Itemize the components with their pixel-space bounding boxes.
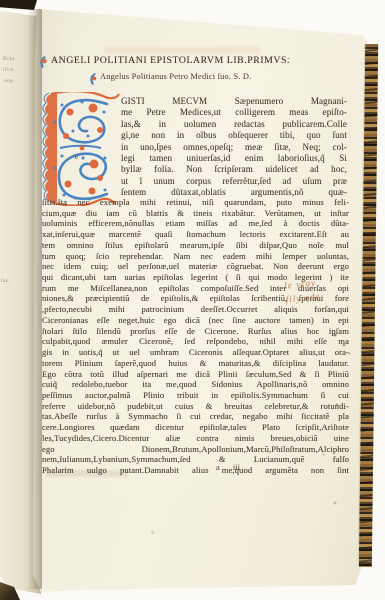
text-line: torem Plinium ſaperẽ,quod huius & maturi… xyxy=(42,358,349,369)
foxing-spot xyxy=(322,453,325,456)
signature-mark: aiii xyxy=(216,462,240,472)
rubricator-guide-letter: e xyxy=(75,153,78,161)
text-line: tem omnino ſtilus epiſtolarũ mearum,ipſe… xyxy=(42,240,349,251)
text-line: ſtolari ſtilo ſilendũ prorſus eſſe de Ci… xyxy=(42,326,349,337)
decorated-initial-E-icon: e xyxy=(37,92,121,206)
text-line: ego Dionem,Brutum,Apollonium,Marcũ,Philo… xyxy=(42,444,349,455)
text-line: tas.Abeſſe rurſus à Symmacho ſi cui cred… xyxy=(42,411,349,422)
leaf-edge-text-fragment: uop xyxy=(4,78,13,84)
text-line: me Petre Medices,ut colligerem meas epiſ… xyxy=(121,107,347,118)
foxing-spot xyxy=(342,343,346,347)
book-photograph: Bchr lfim uop ſan ANGELI POLITIANI EPIST… xyxy=(0,0,385,600)
text-line: referre uidebor,nõ pudebit,ut cuius & br… xyxy=(42,401,349,412)
text-line: xat,inſerui,quæ marcentẽ quaſi ſtomachum… xyxy=(42,229,349,240)
text-line: legi tamen uniuerſas,id enim laborioſius… xyxy=(121,153,347,164)
text-line: gi,ne non in oĩbus obſequerer tibi, quo … xyxy=(121,130,347,141)
text-line: uoluminis efficerem,nõnullas etiam miſſa… xyxy=(42,218,349,229)
text-line: Ego cõtra totũ illud aſpernari me dicã P… xyxy=(42,369,349,380)
foxing-spot xyxy=(333,333,337,337)
text-line: ut ĩ unum corpus referrẽtur,ſed ad uſum … xyxy=(121,176,347,187)
text-line: les,Tucydides,Cicero.Dicentur aliæ contr… xyxy=(42,433,349,444)
signature-number: iii xyxy=(233,462,240,472)
text-line: cium,quæ diu iam cũ blattis & tineis rix… xyxy=(42,208,349,219)
foxing-spot xyxy=(333,501,337,505)
foxing-spot xyxy=(150,530,155,535)
text-line: cuiq̃ redolebo,tuebor ita me,quod Sidoni… xyxy=(42,379,349,390)
text-line: peſſimus auctor,palmã Plinio tribuit in … xyxy=(42,390,349,401)
text-line: las,& in uolumen redactas publicarem.Col… xyxy=(121,119,347,130)
text-line: Ciceronianas eſſe neget,huic ego dicã (n… xyxy=(42,315,349,326)
leaf-edge-text-fragment: Bchr xyxy=(3,56,15,62)
text-line: in uno,ſpes omnes,opeſq; meæ ſitæ, Neq; … xyxy=(121,142,347,153)
text-line: ,pfecto,necubi mihi patrocinium deeſſet.… xyxy=(42,304,349,315)
paragraph-mark-icon xyxy=(89,73,97,85)
text-block-main: ſitis.Ita nec exempla mihi retinui, niſi… xyxy=(42,197,349,476)
text-line: tum quoq; ſcio reprehendar. Nam nec eade… xyxy=(42,251,349,262)
foxing-spot xyxy=(348,352,351,355)
page-heading: ANGELI POLITIANI EPISTOLARVM LIB.PRIMVS. xyxy=(51,55,313,66)
foxing-spot xyxy=(335,403,339,407)
text-line: ſitis.Ita nec exempla mihi retinui, niſi… xyxy=(42,197,349,208)
text-line: GISTI MECVM Sæpenumero Magnani- xyxy=(121,96,347,107)
section-heading: Angelus Politianus Petro Medici ſuo. S. … xyxy=(100,72,296,81)
text-block-opening: GISTI MECVM Sæpenumero Magnani-me Petre … xyxy=(121,96,347,199)
handwritten-marginalia: le vray fily qde xyxy=(284,275,321,306)
text-line: byllæ folia. Non ſcripſeram uidelicet ad… xyxy=(121,164,347,175)
show-through-smudge xyxy=(105,47,260,53)
text-line: gis in uotis,q̃ ut uel umbram Ciceronis … xyxy=(42,347,349,358)
text-line: Phalarim uulgo putant.Damnabit alius me,… xyxy=(42,465,349,476)
text-line: culpabit,quod æmuler Ciceronẽ, ſed reſpo… xyxy=(42,336,349,347)
text-line: nec idem cuiq; uel perſonæ,uel materiæ c… xyxy=(42,261,349,272)
paragraph-mark-icon xyxy=(39,56,47,68)
text-line: cere.Longiores quædam dicentur epiſtolæ,… xyxy=(42,422,349,433)
text-line: nem,Iulianum,Lybanium,Symmachum,ſed & Lu… xyxy=(42,454,349,465)
signature-gathering: a xyxy=(216,462,220,472)
leaf-edge-text-fragment: lfim xyxy=(3,67,14,73)
foxing-spot xyxy=(287,57,290,60)
leaf-edge-text-fragment: ſan xyxy=(1,278,9,284)
